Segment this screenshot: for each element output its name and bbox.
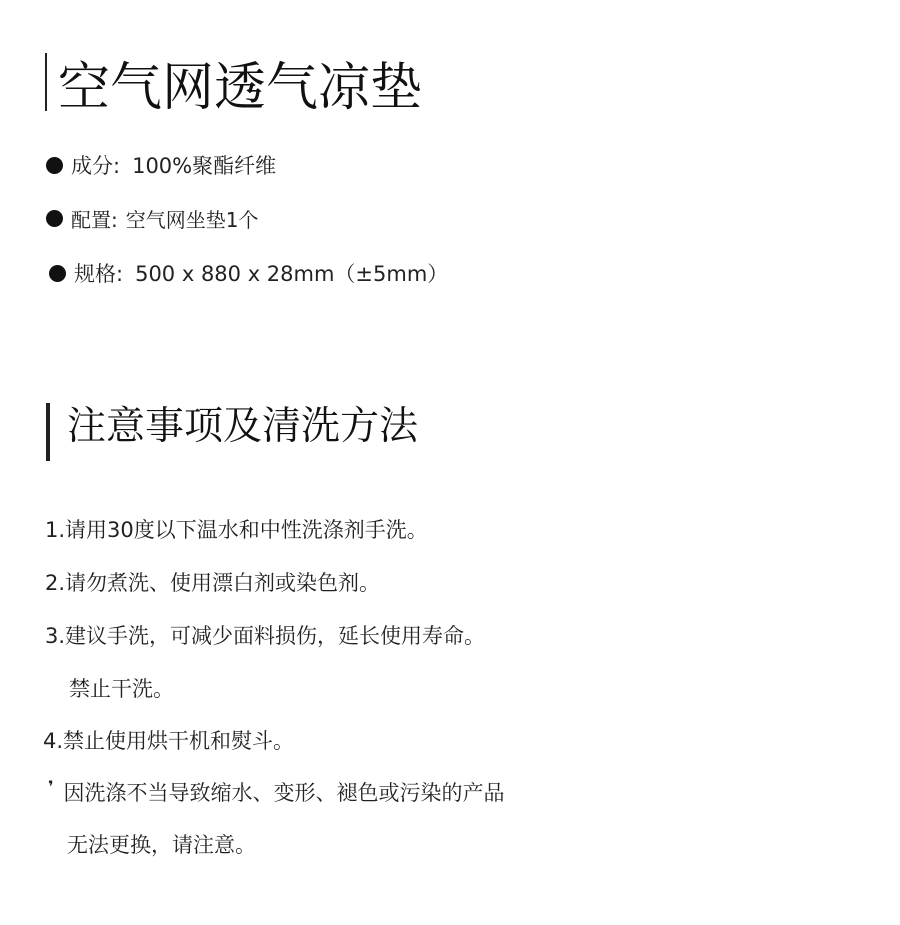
spec-item-material: 成分: 100%聚酯纤维 <box>46 150 276 180</box>
bullet-icon <box>49 265 66 282</box>
care-line-3-continued: 禁止干洗。 <box>69 673 174 703</box>
care-title: 注意事项及清洗方法 <box>67 402 418 452</box>
bullet-icon <box>46 210 63 227</box>
care-note: ❜因洗涤不当导致缩水、变形、褪色或污染的产品 <box>48 777 505 807</box>
spec-value: 500 x 880 x 28mm（±5mm） <box>135 258 448 288</box>
care-note-continued: 无法更换，请注意。 <box>67 829 256 859</box>
spec-label: 成分: <box>71 150 120 180</box>
spec-value: 100%聚酯纤维 <box>132 150 276 180</box>
care-title-accent-bar <box>46 403 50 461</box>
bullet-icon <box>46 157 63 174</box>
title-accent-bar <box>45 53 47 111</box>
care-line-3: 3.建议手洗，可减少面料损伤，延长使用寿命。 <box>45 620 485 650</box>
spec-item-contents: 配置: 空气网坐垫1个 <box>46 204 258 233</box>
note-marker-icon: ❜ <box>48 777 54 796</box>
spec-value: 空气网坐垫1个 <box>126 204 259 233</box>
care-line-1: 1.请用30度以下温水和中性洗涤剂手洗。 <box>45 514 428 544</box>
product-title: 空气网透气凉垫 <box>58 56 422 120</box>
care-line-2: 2.请勿煮洗、使用漂白剂或染色剂。 <box>45 567 380 597</box>
spec-label: 规格: <box>74 258 123 288</box>
care-note-text: 因洗涤不当导致缩水、变形、褪色或污染的产品 <box>64 781 505 805</box>
spec-label: 配置: <box>71 204 118 233</box>
care-line-4: 4.禁止使用烘干机和熨斗。 <box>43 725 294 755</box>
spec-item-size: 规格: 500 x 880 x 28mm（±5mm） <box>49 258 448 288</box>
